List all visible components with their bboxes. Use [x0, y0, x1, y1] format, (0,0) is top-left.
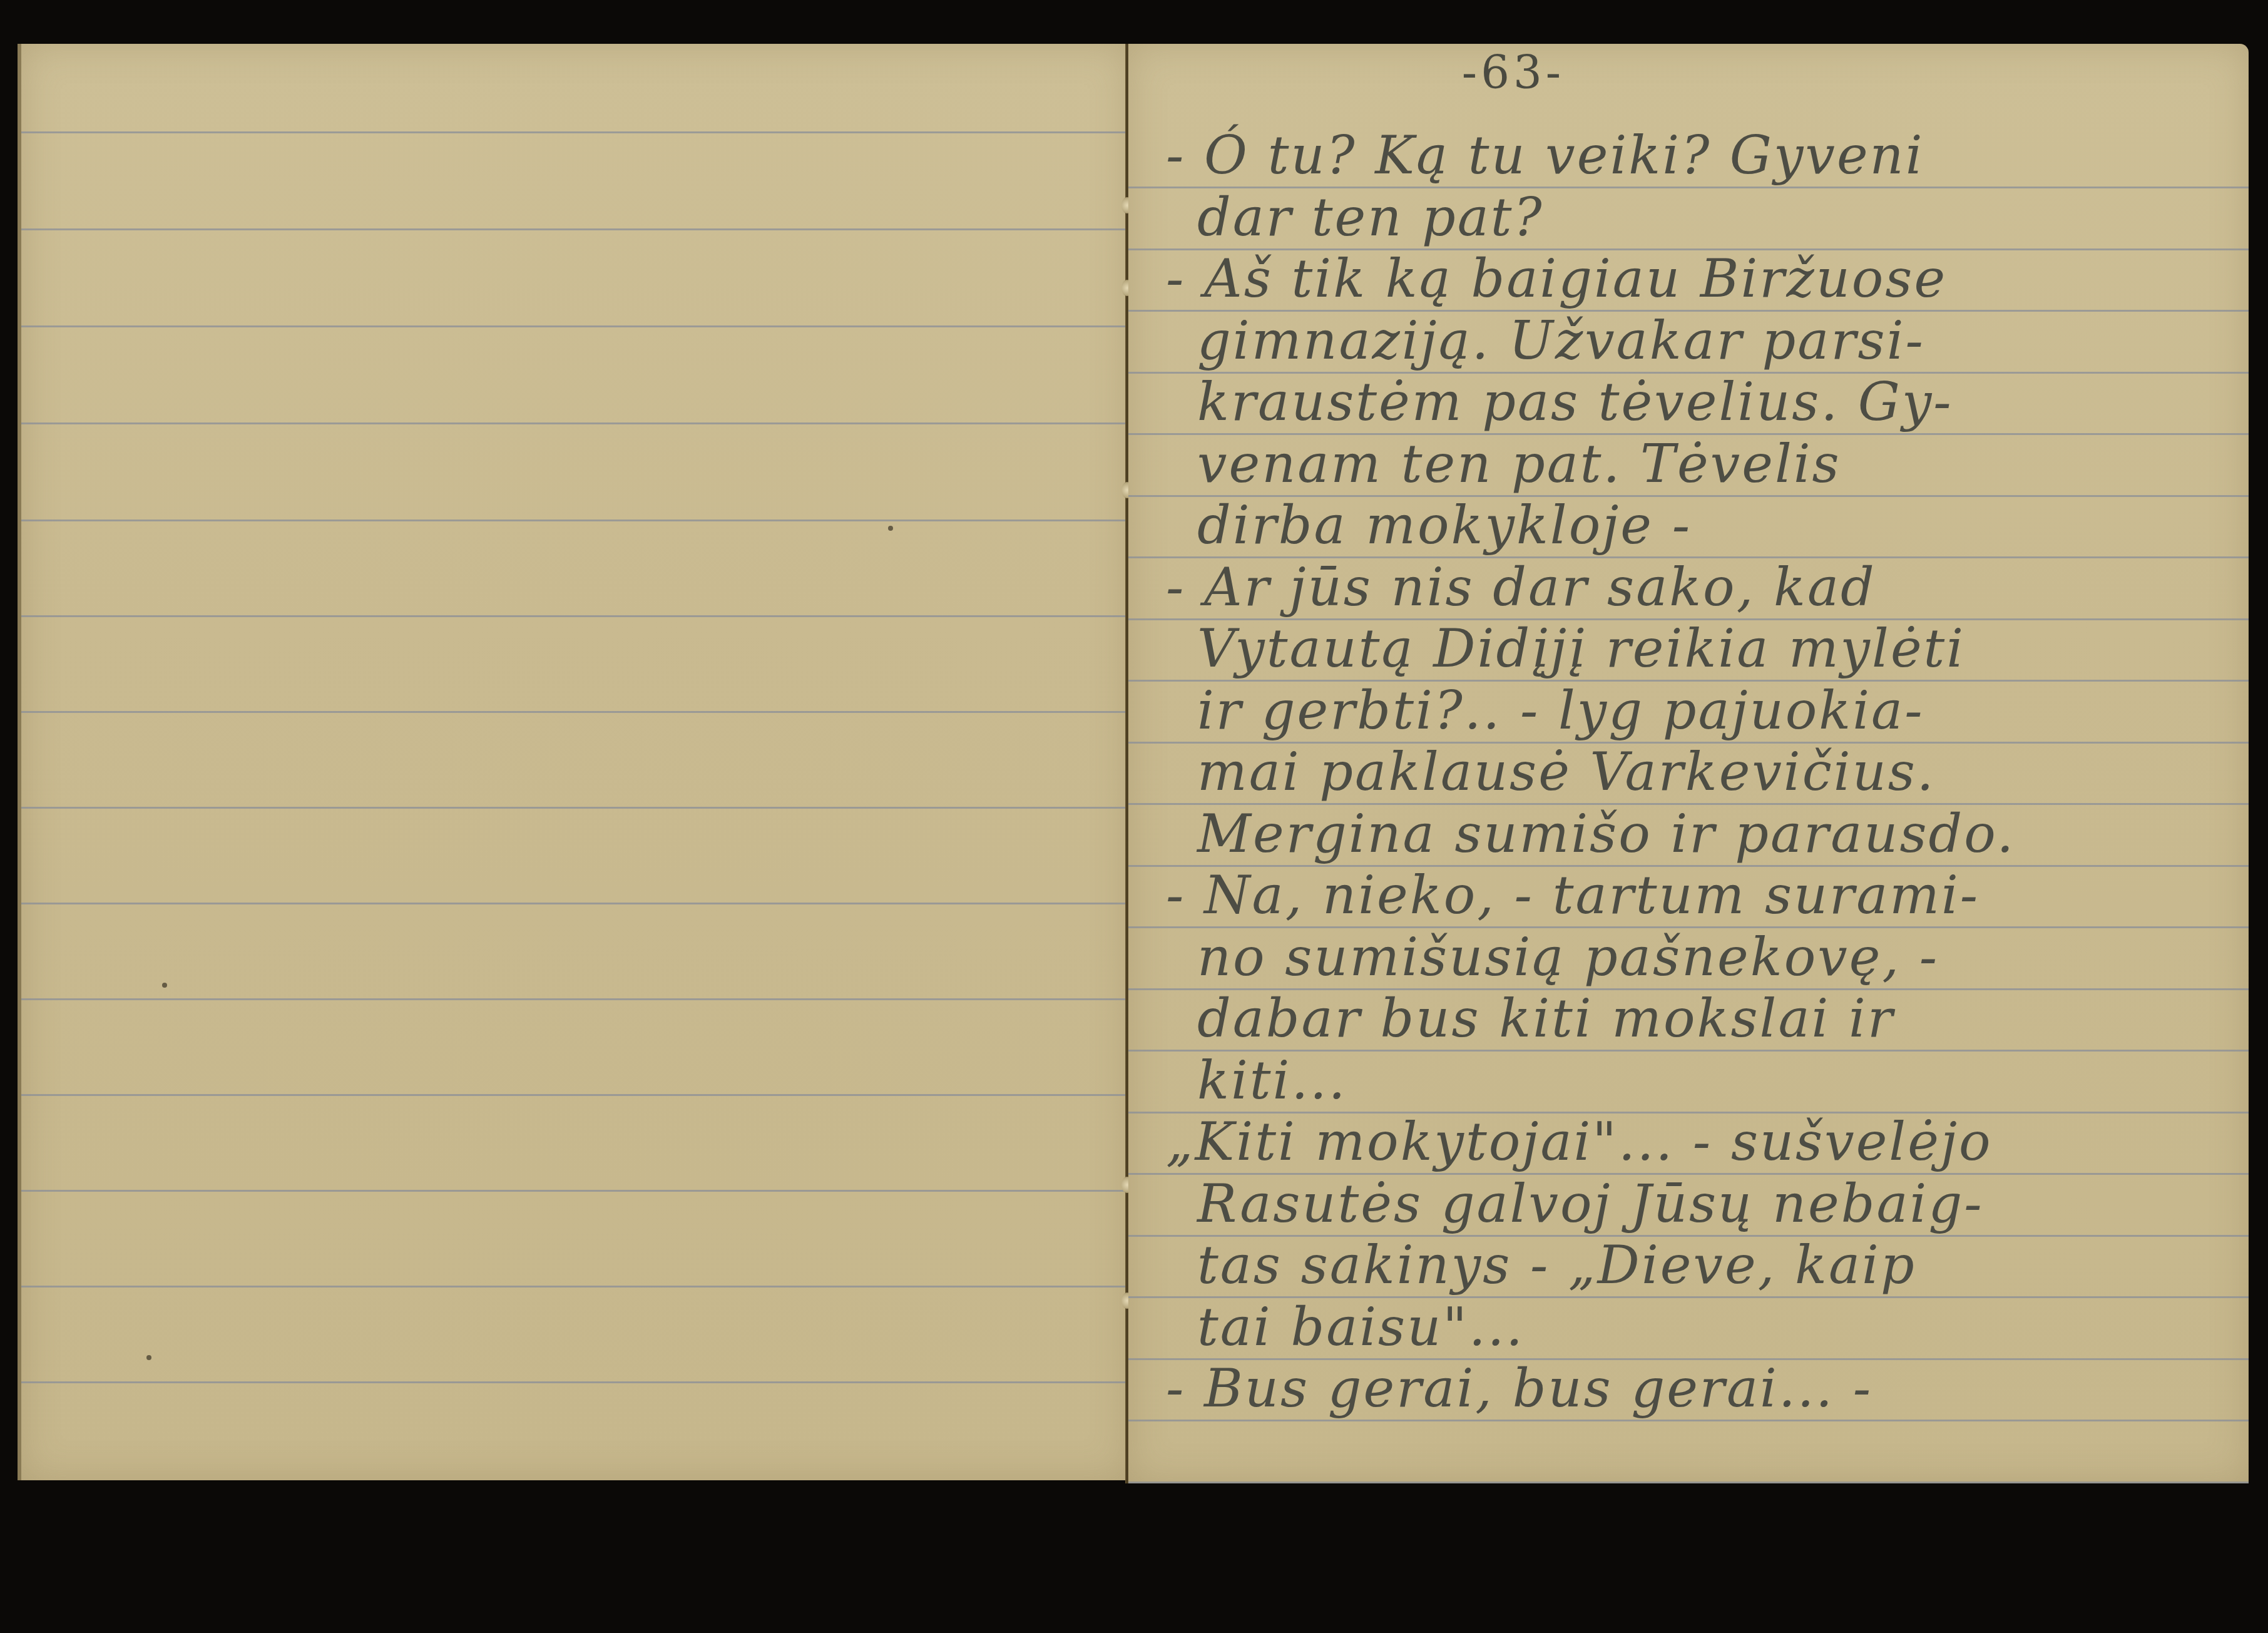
ruled-line — [21, 711, 1129, 713]
ruled-line — [1128, 1482, 2249, 1483]
ruled-line — [1128, 187, 2249, 188]
ruled-line — [21, 131, 1129, 133]
ruled-line — [1128, 803, 2249, 805]
ruled-line — [21, 228, 1129, 230]
ruled-line — [21, 615, 1129, 617]
ruled-line — [21, 807, 1129, 809]
ruled-line — [1128, 988, 2249, 990]
left-page — [18, 44, 1129, 1480]
ruled-line — [1128, 1173, 2249, 1175]
right-page: -63- - Ó tu? Ką tu veiki? Gyvenidar ten … — [1128, 44, 2249, 1483]
ruled-line — [1128, 680, 2249, 682]
ruled-line — [21, 1381, 1129, 1383]
ruled-line — [21, 998, 1129, 1000]
ruled-line — [1128, 618, 2249, 620]
ruled-line — [1128, 556, 2249, 558]
ruled-line — [1128, 865, 2249, 867]
ruled-line — [1128, 1050, 2249, 1052]
ruled-line — [21, 325, 1129, 327]
ruled-line — [1128, 433, 2249, 435]
ruled-line — [1128, 495, 2249, 497]
text-line: - Bus gerai, bus gerai... - — [1166, 1330, 1872, 1421]
ruled-line — [21, 1094, 1129, 1096]
page-number: -63- — [916, 46, 2036, 99]
ruled-line — [21, 1286, 1129, 1287]
notebook-scan: -63- - Ó tu? Ką tu veiki? Gyvenidar ten … — [0, 0, 2268, 1633]
ruled-line — [1128, 1420, 2249, 1421]
ruled-line — [21, 903, 1129, 904]
ruled-line — [21, 422, 1129, 424]
ruled-line — [1128, 310, 2249, 312]
ruled-line — [21, 520, 1129, 521]
paper-speck — [162, 983, 167, 988]
ruled-line — [1128, 248, 2249, 250]
ruled-line — [1128, 1358, 2249, 1360]
paper-speck — [146, 1355, 151, 1360]
paper-speck — [888, 526, 893, 531]
ruled-line — [1128, 926, 2249, 928]
ruled-line — [1128, 1296, 2249, 1298]
ruled-line — [1128, 1235, 2249, 1237]
ruled-line — [1128, 372, 2249, 374]
ruled-line — [1128, 1112, 2249, 1113]
ruled-line — [1128, 742, 2249, 744]
ruled-line — [21, 1190, 1129, 1192]
